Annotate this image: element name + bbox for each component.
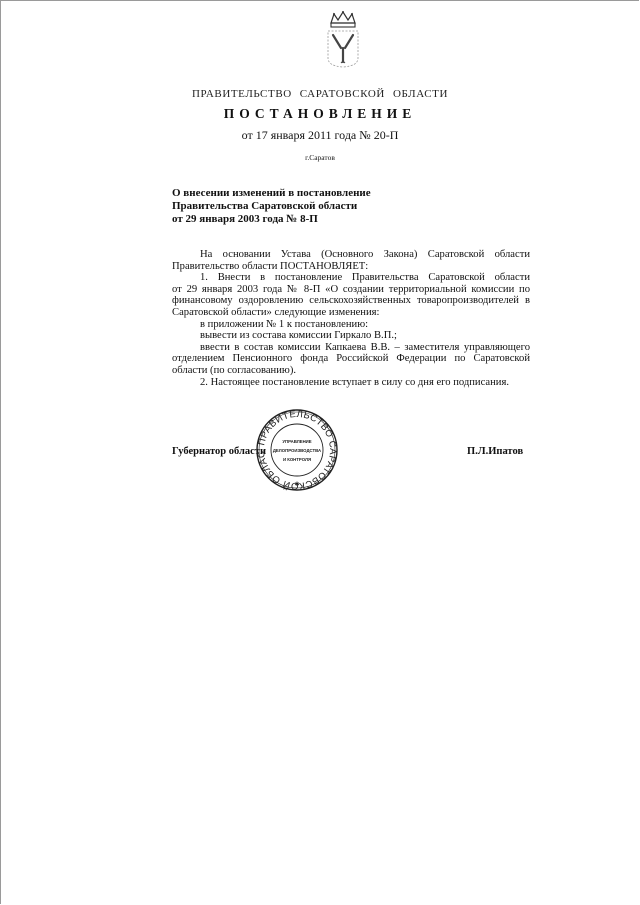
sub-item-3-rest: отделением Пенсионного фонда Российской …: [172, 353, 530, 376]
document-city: г.Саратов: [0, 153, 640, 162]
document-subject: О внесении изменений в постановление Пра…: [172, 187, 472, 226]
document-date-number: от 17 января 2011 года № 20-П: [0, 128, 640, 143]
government-name: ПРАВИТЕЛЬСТВОСАРАТОВСКОЙОБЛАСТИ: [0, 88, 640, 100]
gov-word-3: ОБЛАСТИ: [393, 88, 448, 100]
stamp-star-icon: ✱: [294, 481, 299, 488]
subject-line: от 29 января 2003 года № 8-П: [172, 213, 472, 226]
saratov-coat-of-arms-icon: [325, 10, 361, 68]
item-1-line-1: 1. Внести в постановление Правительства …: [172, 272, 530, 284]
item-1-rest: от 29 января 2003 года № 8-П «О создании…: [172, 284, 530, 319]
subject-line: Правительства Саратовской области: [172, 200, 472, 213]
document-body: На основании Устава (Основного Закона) С…: [172, 249, 530, 388]
gov-word-2: САРАТОВСКОЙ: [300, 88, 385, 100]
sub-item-3-line-1: ввести в состав комиссии Капкаева В.В. –…: [172, 342, 530, 354]
item-2: 2. Настоящее постановление вступает в си…: [172, 377, 530, 389]
stamp-inner-line: ДЕЛОПРОИЗВОДСТВА: [273, 448, 321, 453]
sub-item-2: вывести из состава комиссии Гиркало В.П.…: [172, 330, 530, 342]
official-stamp: ПРАВИТЕЛЬСТВО САРАТОВСКОЙ ОБЛАСТИ УПРАВЛ…: [255, 408, 339, 492]
sub-item-1: в приложении № 1 к постановлению:: [172, 319, 530, 331]
stamp-inner-line: УПРАВЛЕНИЕ: [282, 439, 311, 444]
preamble-line-1: На основании Устава (Основного Закона) С…: [172, 249, 530, 261]
gov-word-1: ПРАВИТЕЛЬСТВО: [192, 88, 292, 100]
subject-line: О внесении изменений в постановление: [172, 187, 472, 200]
signatory-title: Губернатор области: [172, 446, 266, 457]
document-type: ПОСТАНОВЛЕНИЕ: [0, 106, 640, 122]
stamp-inner-line: И КОНТРОЛЯ: [283, 457, 311, 462]
preamble-line-2: Правительство области ПОСТАНОВЛЯЕТ:: [172, 261, 530, 273]
signatory-name: П.Л.Ипатов: [467, 446, 523, 457]
